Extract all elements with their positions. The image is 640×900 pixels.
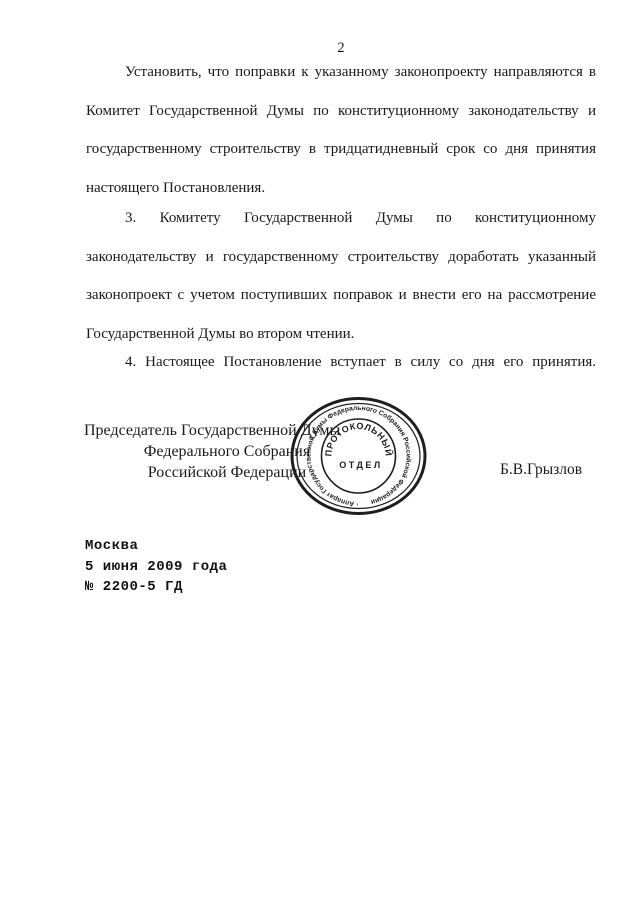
signature-name: Б.В.Грызлов xyxy=(500,461,582,479)
paragraph-4: 4. Настоящее Постановление вступает в си… xyxy=(86,343,596,382)
text-line: Комитет Государственной Думы по конститу… xyxy=(86,92,596,131)
text-line: Установить, что поправки к указанному за… xyxy=(86,53,596,92)
document-page: 2 Установить, что поправки к указанному … xyxy=(0,0,640,900)
footer-block: Москва 5 июня 2009 года № 2200-5 ГД xyxy=(85,536,227,598)
stamp-center-arc-text: ПРОТОКОЛЬНЫЙ xyxy=(323,421,394,457)
paragraph-2-continuation: Установить, что поправки к указанному за… xyxy=(86,53,596,208)
text-line: 3. Комитету Государственной Думы по конс… xyxy=(86,199,596,238)
protocol-department-stamp: · Аппарат Государственной Думы Федеральн… xyxy=(288,396,429,517)
stamp-center-flat-text: ОТДЕЛ xyxy=(339,460,383,470)
text-line: законопроект с учетом поступивших поправ… xyxy=(86,276,596,315)
paragraph-3: 3. Комитету Государственной Думы по конс… xyxy=(86,199,596,354)
footer-city: Москва xyxy=(85,536,227,557)
text-line: 4. Настоящее Постановление вступает в си… xyxy=(86,343,596,382)
stamp-seal-graphic: · Аппарат Государственной Думы Федеральн… xyxy=(288,396,429,517)
footer-date: 5 июня 2009 года xyxy=(85,557,227,578)
footer-number: № 2200-5 ГД xyxy=(85,577,227,598)
text-line: государственному строительству в тридцат… xyxy=(86,130,596,169)
text-line: законодательству и государственному стро… xyxy=(86,238,596,277)
